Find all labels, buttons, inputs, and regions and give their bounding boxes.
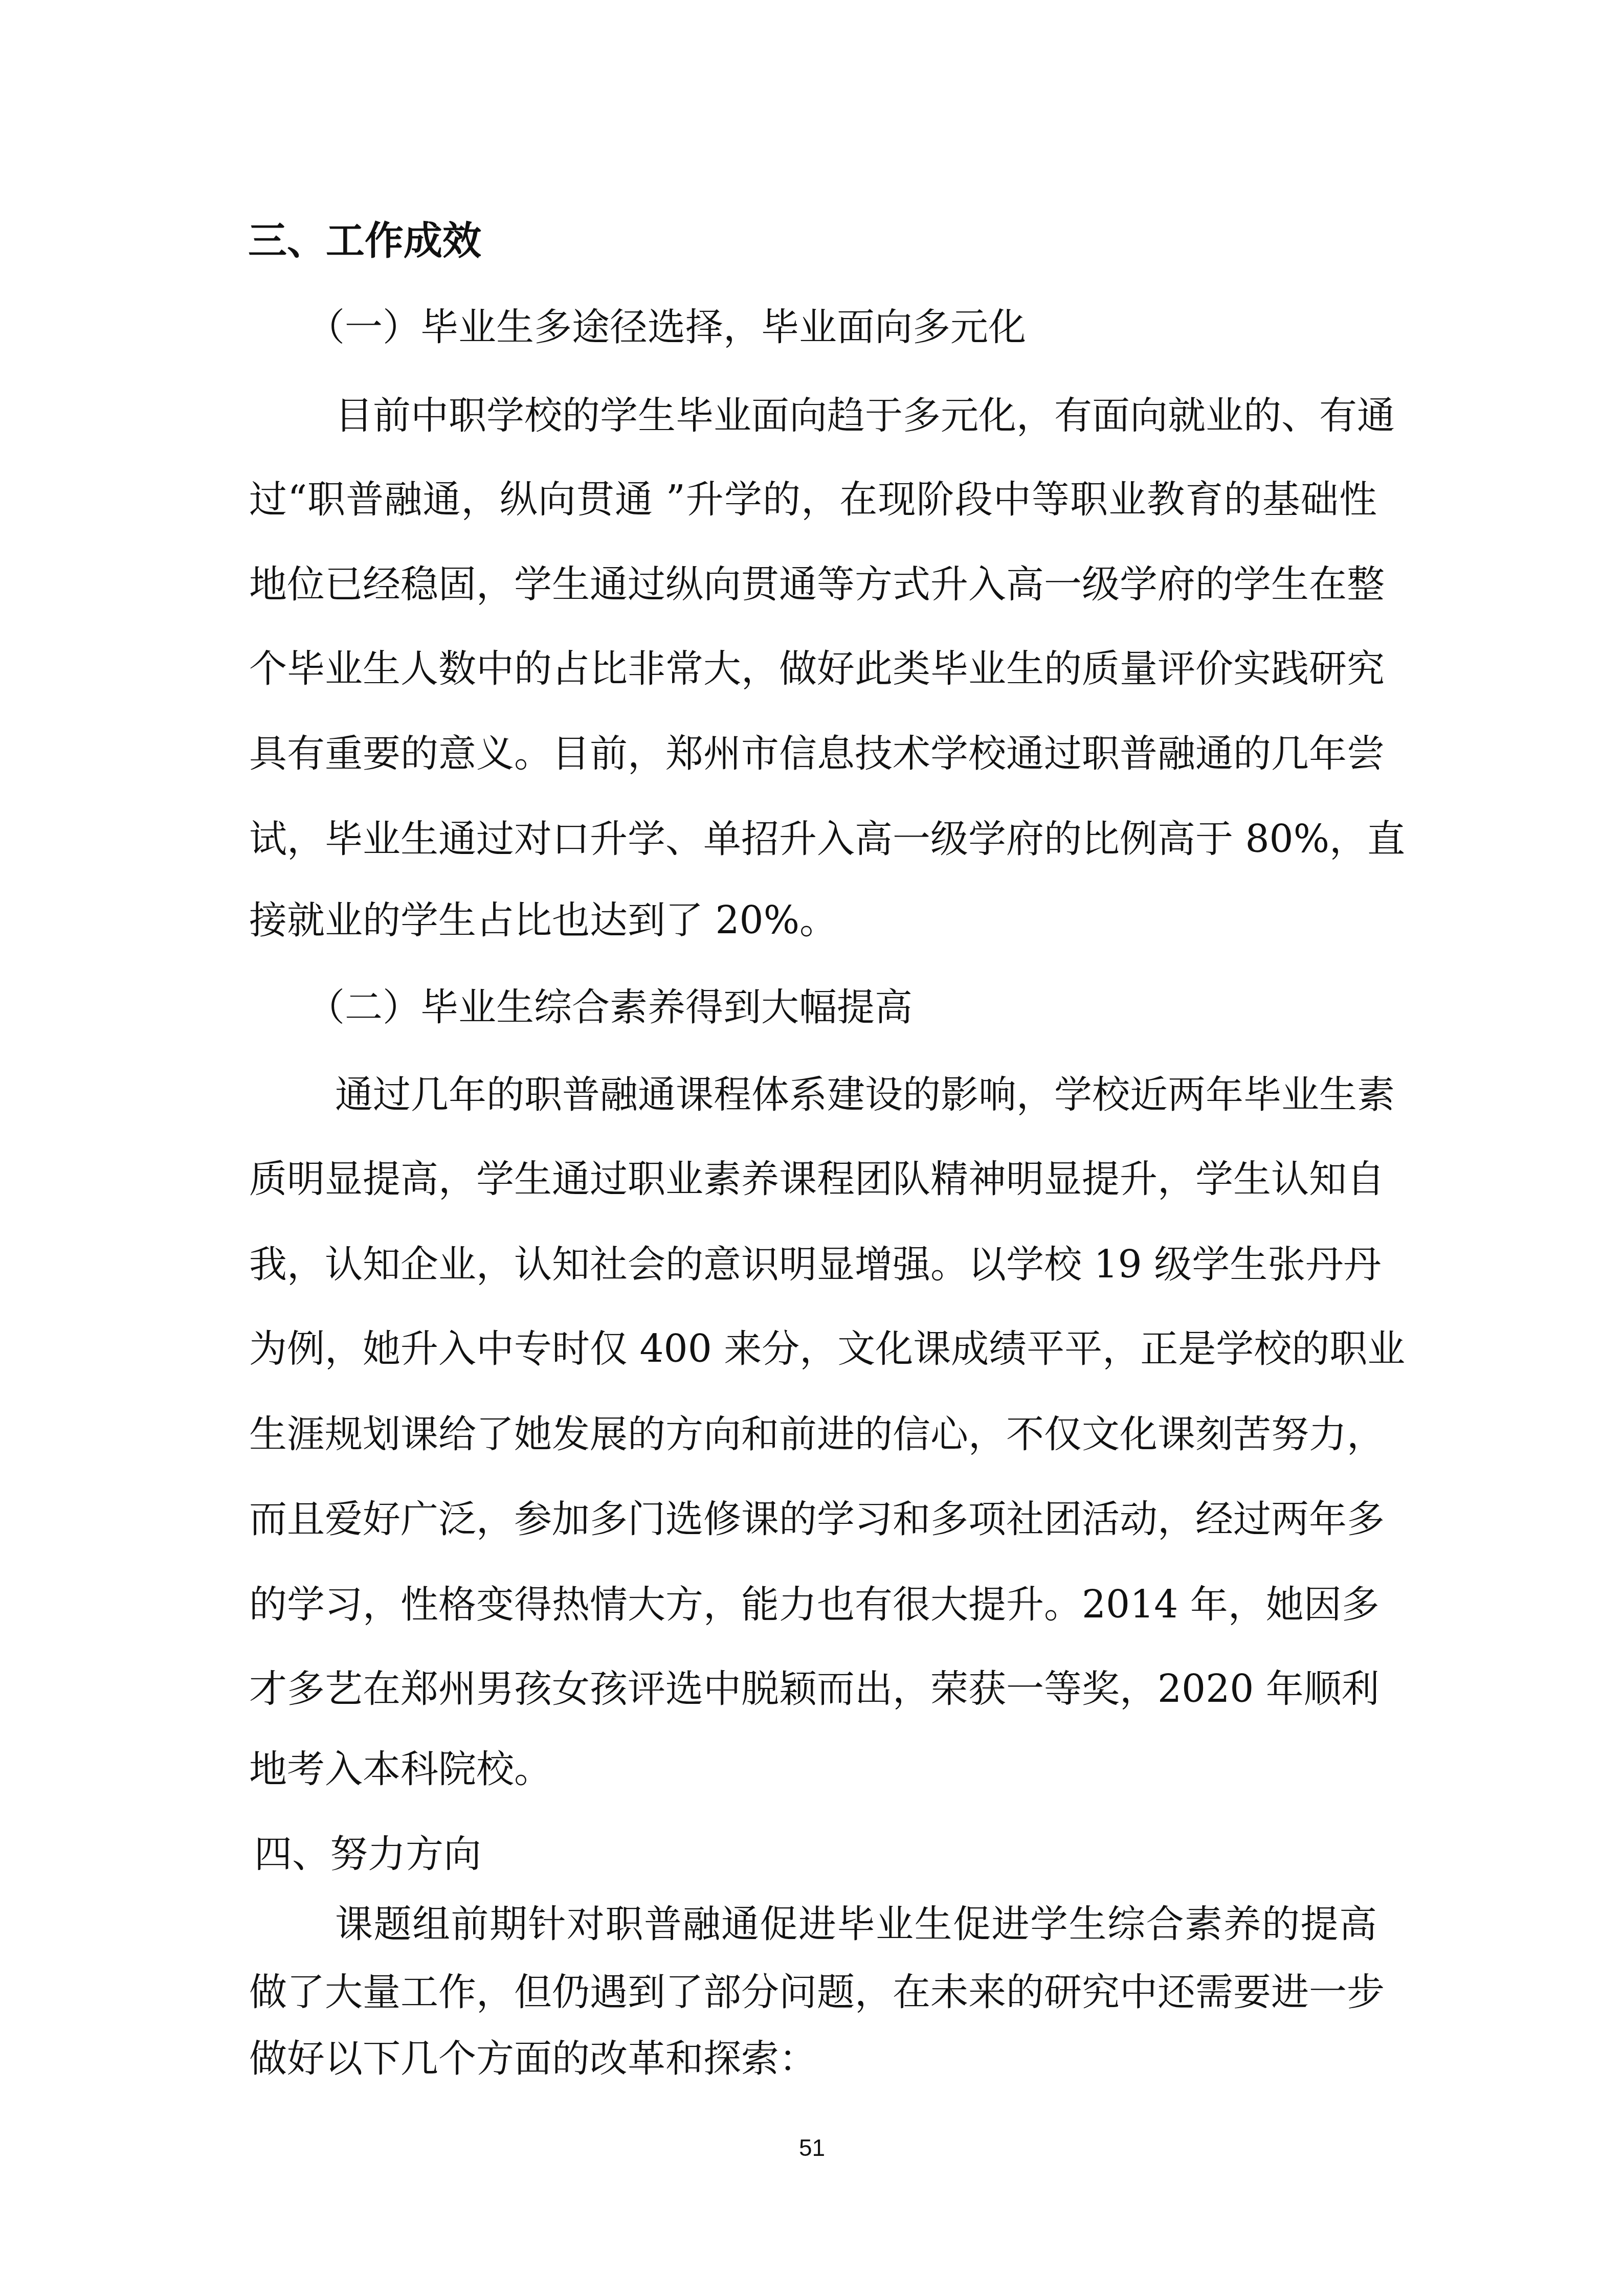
paragraph-line: 个毕业生人数中的占比非常大，做好此类毕业生的质量评价实践研究: [249, 648, 1377, 689]
paragraph-line: 地考入本科院校。: [249, 1749, 1377, 1790]
section-heading: 三、工作成效: [248, 220, 481, 262]
paragraph-line: 地位已经稳固，学生通过纵向贯通等方式升入高一级学府的学生在整: [249, 564, 1377, 605]
paragraph-line: 而且爱好广泛，参加多门选修课的学习和多项社团活动，经过两年多: [249, 1499, 1377, 1540]
paragraph-line: 做了大量工作，但仍遇到了部分问题，在未来的研究中还需要进一步: [249, 1972, 1377, 2013]
subsection-title-1: （一）毕业生多途径选择，毕业面向多元化: [307, 307, 1026, 348]
paragraph-line: 才多艺在郑州男孩女孩评选中脱颖而出，荣获一等奖，2020 年顺利: [249, 1669, 1377, 1709]
paragraph-line: 试，毕业生通过对口升学、单招升入高一级学府的比例高于 80%，直: [249, 819, 1377, 860]
paragraph-line: 课题组前期针对职普融通促进毕业生促进学生综合素养的提高: [335, 1904, 1377, 1945]
paragraph-line: 的学习，性格变得热情大方，能力也有很大提升。2014 年，她因多: [249, 1584, 1377, 1625]
paragraph-line: 接就业的学生占比也达到了 20%。: [249, 900, 1377, 941]
paragraph-line: 目前中职学校的学生毕业面向趋于多元化，有面向就业的、有通: [335, 395, 1377, 436]
document-page: 三、工作成效 （一）毕业生多途径选择，毕业面向多元化 目前中职学校的学生毕业面向…: [0, 0, 1624, 2296]
paragraph-line: 做好以下几个方面的改革和探索：: [249, 2038, 1377, 2079]
subsection-title-2: （二）毕业生综合素养得到大幅提高: [307, 987, 913, 1028]
paragraph-line: 生涯规划课给了她发展的方向和前进的信心，不仅文化课刻苦努力，: [249, 1414, 1377, 1455]
paragraph-line: 具有重要的意义。目前，郑州市信息技术学校通过职普融通的几年尝: [249, 733, 1377, 774]
paragraph-line: 为例，她升入中专时仅 400 来分，文化课成绩平平，正是学校的职业: [249, 1329, 1377, 1369]
paragraph-line: 通过几年的职普融通课程体系建设的影响，学校近两年毕业生素: [335, 1074, 1377, 1115]
paragraph-line: 过“职普融通，纵向贯通 ”升学的，在现阶段中等职业教育的基础性: [249, 479, 1377, 520]
section-4-heading: 四、努力方向: [254, 1834, 481, 1875]
paragraph-line: 质明显提高，学生通过职业素养课程团队精神明显提升，学生认知自: [249, 1159, 1377, 1200]
paragraph-line: 我，认知企业，认知社会的意识明显增强。以学校 19 级学生张丹丹: [249, 1244, 1377, 1285]
page-number: 51: [0, 2135, 1624, 2160]
